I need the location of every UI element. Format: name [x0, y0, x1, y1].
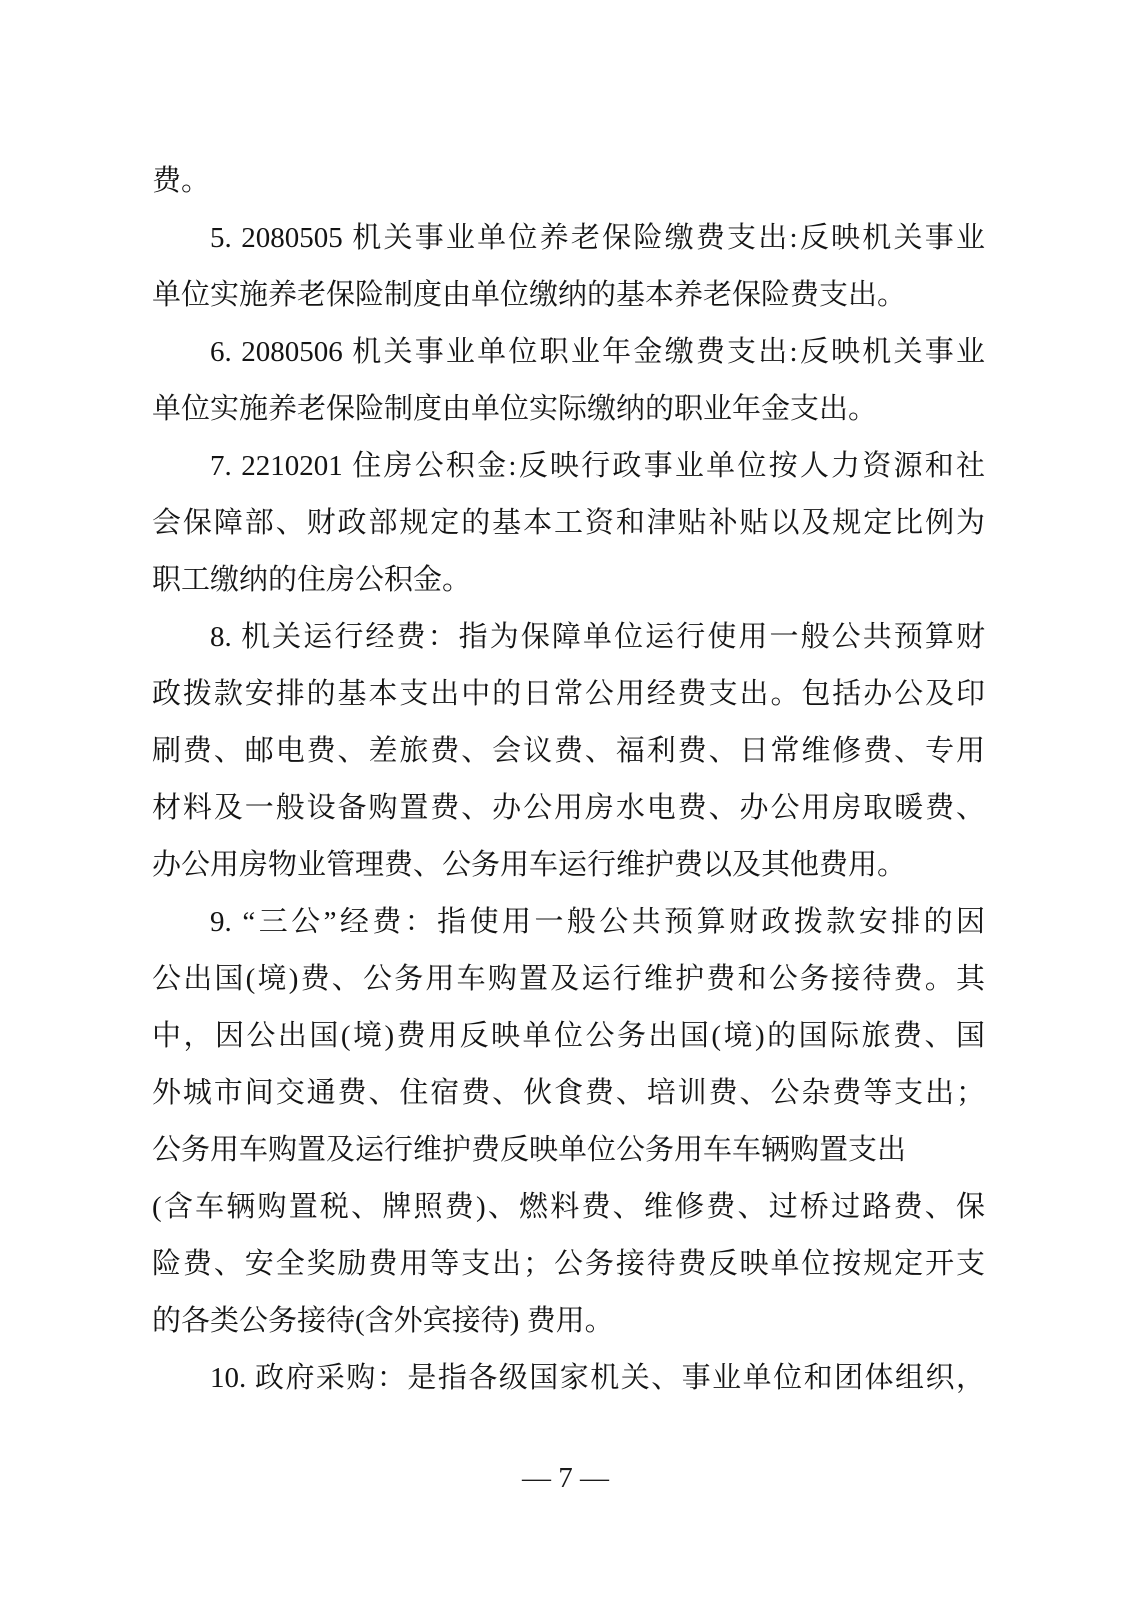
text-line: (含车辆购置税、牌照费)、燃料费、维修费、过桥过路费、保 [152, 1179, 985, 1236]
text-line: 公务用车购置及运行维护费反映单位公务用车车辆购置支出 [152, 1122, 985, 1179]
text-line: 职工缴纳的住房公积金。 [152, 552, 985, 609]
text-line: 办公用房物业管理费、公务用车运行维护费以及其他费用。 [152, 837, 985, 894]
text-line: 的各类公务接待(含外宾接待) 费用。 [152, 1293, 985, 1350]
text-line: 中，因公出国(境)费用反映单位公务出国(境)的国际旅费、国 [152, 1008, 985, 1065]
para-item-5: 5. 2080505 机关事业单位养老保险缴费支出:反映机关事业单位实施养老保险… [152, 210, 985, 324]
text-line: 7. 2210201 住房公积金:反映行政事业单位按人力资源和社 [152, 438, 985, 495]
text-line: 单位实施养老保险制度由单位实际缴纳的职业年金支出。 [152, 381, 985, 438]
text-line: 材料及一般设备购置费、办公用房水电费、办公用房取暖费、 [152, 780, 985, 837]
text-line: 刷费、邮电费、差旅费、会议费、福利费、日常维修费、专用 [152, 723, 985, 780]
document-page: 费。5. 2080505 机关事业单位养老保险缴费支出:反映机关事业单位实施养老… [0, 0, 1131, 1600]
text-line: 8. 机关运行经费：指为保障单位运行使用一般公共预算财 [152, 609, 985, 666]
para-item-8: 8. 机关运行经费：指为保障单位运行使用一般公共预算财政拨款安排的基本支出中的日… [152, 609, 985, 894]
para-item-6: 6. 2080506 机关事业单位职业年金缴费支出:反映机关事业单位实施养老保险… [152, 324, 985, 438]
text-line: 单位实施养老保险制度由单位缴纳的基本养老保险费支出。 [152, 267, 985, 324]
text-line: 6. 2080506 机关事业单位职业年金缴费支出:反映机关事业 [152, 324, 985, 381]
para-item-10: 10. 政府采购：是指各级国家机关、事业单位和团体组织， [152, 1350, 985, 1407]
text-line: 10. 政府采购：是指各级国家机关、事业单位和团体组织， [152, 1350, 985, 1407]
text-line: 外城市间交通费、住宿费、伙食费、培训费、公杂费等支出； [152, 1065, 985, 1122]
para-continuation: 费。 [152, 153, 985, 210]
para-item-9: 9. “三公”经费：指使用一般公共预算财政拨款安排的因公出国(境)费、公务用车购… [152, 894, 985, 1350]
document-body: 费。5. 2080505 机关事业单位养老保险缴费支出:反映机关事业单位实施养老… [152, 153, 985, 1407]
text-line: 险费、安全奖励费用等支出；公务接待费反映单位按规定开支 [152, 1236, 985, 1293]
text-line: 会保障部、财政部规定的基本工资和津贴补贴以及规定比例为 [152, 495, 985, 552]
text-line: 9. “三公”经费：指使用一般公共预算财政拨款安排的因 [152, 894, 985, 951]
para-item-7: 7. 2210201 住房公积金:反映行政事业单位按人力资源和社会保障部、财政部… [152, 438, 985, 609]
text-line: 公出国(境)费、公务用车购置及运行维护费和公务接待费。其 [152, 951, 985, 1008]
text-line: 政拨款安排的基本支出中的日常公用经费支出。包括办公及印 [152, 666, 985, 723]
text-line: 费。 [152, 153, 985, 210]
page-number: — 7 — [0, 1458, 1131, 1498]
text-line: 5. 2080505 机关事业单位养老保险缴费支出:反映机关事业 [152, 210, 985, 267]
